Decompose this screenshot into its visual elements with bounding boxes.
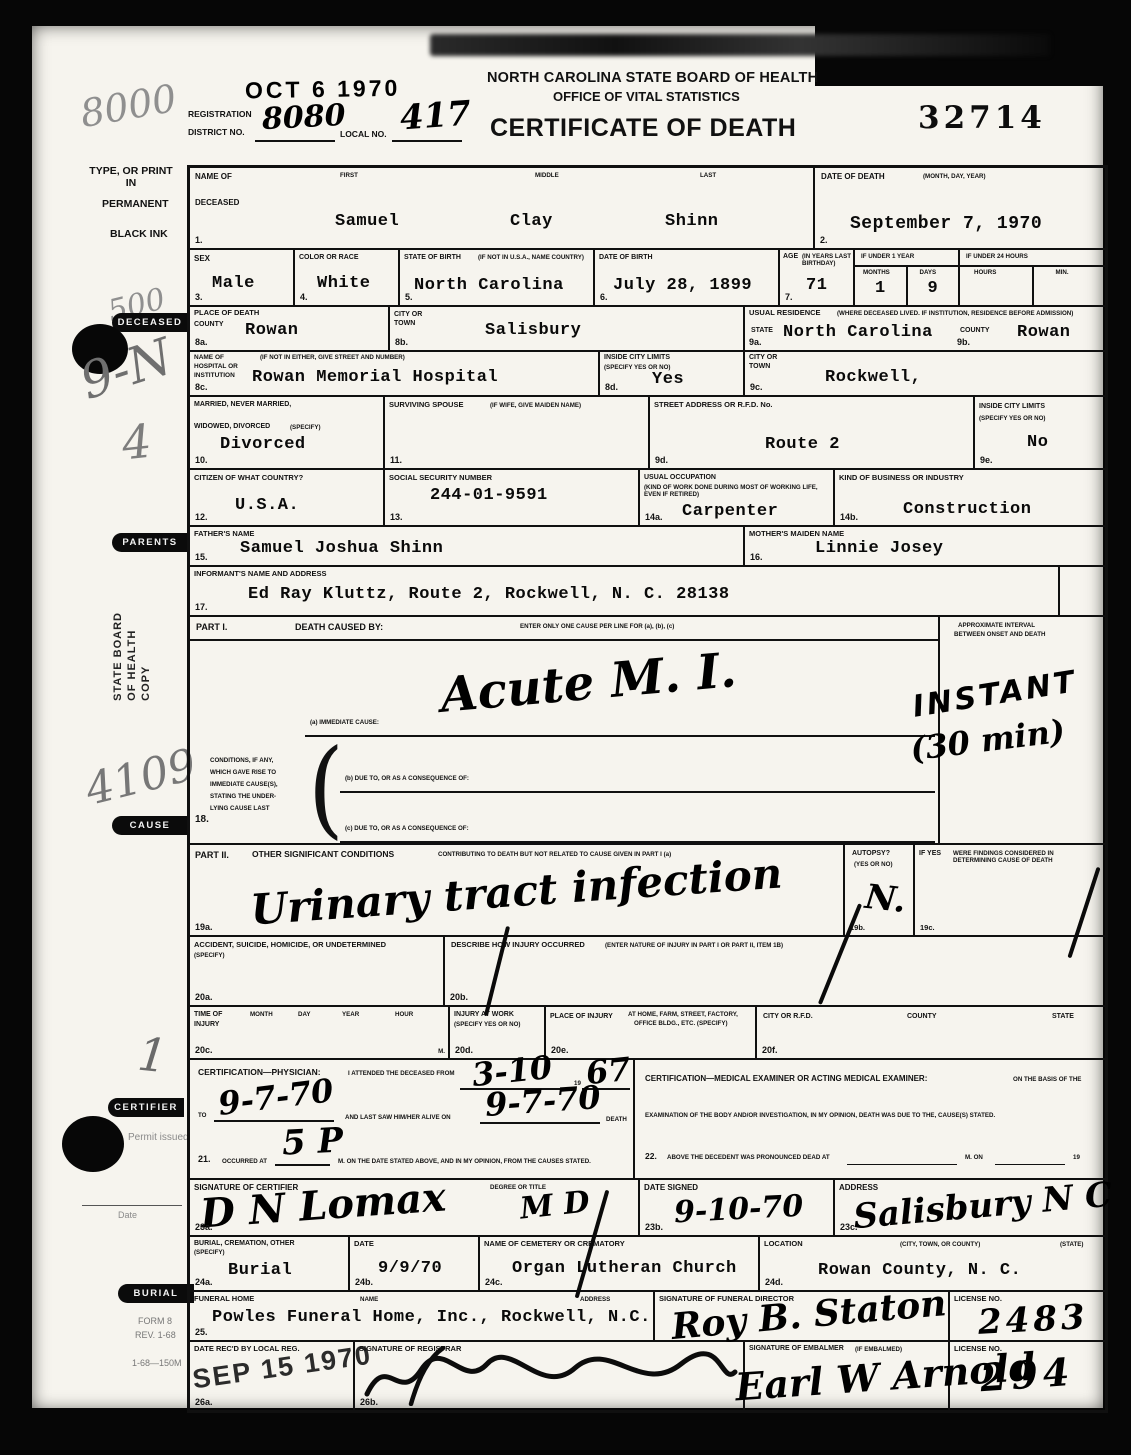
informant-label: INFORMANT'S NAME AND ADDRESS bbox=[194, 570, 326, 579]
local-no-label: LOCAL NO. bbox=[340, 130, 387, 140]
conditions-note-2: WHICH GAVE RISE TO bbox=[210, 769, 276, 776]
part1-label: PART I. bbox=[196, 622, 227, 632]
form-number: FORM 8 bbox=[138, 1316, 172, 1326]
pod-county-label: COUNTY bbox=[194, 321, 224, 329]
conditions-brace: ( bbox=[308, 727, 344, 850]
hospital-value: Rowan Memorial Hospital bbox=[252, 368, 498, 387]
item-20f: 20f. bbox=[762, 1045, 778, 1055]
if-yes-label: IF YES bbox=[919, 850, 941, 858]
item-8c: 8c. bbox=[195, 382, 208, 392]
occurred-at-label: OCCURRED AT bbox=[222, 1158, 267, 1165]
dod-label: DATE OF DEATH bbox=[821, 172, 885, 181]
row-certification: CERTIFICATION—PHYSICIAN: I ATTENDED THE … bbox=[190, 1060, 1105, 1180]
ink-instruction-3: BLACK INK bbox=[110, 228, 168, 240]
residence-city-value: Rockwell, bbox=[825, 368, 921, 387]
item-16: 16. bbox=[750, 552, 763, 562]
sob-sublabel: (IF NOT IN U.S.A., NAME COUNTRY) bbox=[478, 254, 588, 261]
months-label: MONTHS bbox=[863, 269, 890, 276]
spouse-label: SURVIVING SPOUSE bbox=[389, 401, 463, 410]
death-caused-by-label: DEATH CAUSED BY: bbox=[295, 622, 383, 632]
cemetery-label: NAME OF CEMETERY OR CREMATORY bbox=[484, 1240, 625, 1249]
item-20e: 20e. bbox=[551, 1045, 569, 1055]
field-funeral-home: FUNERAL HOME NAME ADDRESS Powles Funeral… bbox=[190, 1292, 655, 1340]
other-conditions-label: OTHER SIGNIFICANT CONDITIONS bbox=[252, 850, 394, 860]
immediate-cause-value: Acute M. I. bbox=[438, 642, 738, 724]
first-name-value: Samuel bbox=[335, 212, 399, 231]
due-to-c-label: (c) DUE TO, OR AS A CONSEQUENCE OF: bbox=[345, 825, 469, 832]
margin-pencil-1: 1 bbox=[135, 1027, 170, 1084]
death-certificate-scan: OCT 6 1970 REGISTRATION DISTRICT NO. 808… bbox=[0, 0, 1131, 1455]
row-name-dod: NAME OF DECEASED FIRST MIDDLE LAST Samue… bbox=[190, 168, 1105, 250]
residence-county-value: Rowan bbox=[1017, 323, 1071, 342]
field-pod-county: PLACE OF DEATH COUNTY Rowan 8a. bbox=[190, 307, 390, 350]
director-license-value: 2483 bbox=[977, 1297, 1090, 1343]
item-19c: 19c. bbox=[920, 923, 935, 932]
months-value: 1 bbox=[875, 279, 886, 298]
local-no-value: 417 bbox=[399, 94, 473, 139]
permit-issued-label: Permit issued bbox=[128, 1132, 189, 1143]
injury-desc-label: DESCRIBE HOW INJURY OCCURRED bbox=[451, 941, 585, 950]
field-residence-city: CITY OR TOWN Rockwell, 9c. bbox=[745, 352, 1105, 395]
m-on-label: M. ON bbox=[965, 1154, 983, 1161]
row-parents: FATHER'S NAME Samuel Joshua Shinn 15. MO… bbox=[190, 527, 1105, 567]
field-hours: HOURS bbox=[960, 267, 1034, 306]
row-burial: BURIAL, CREMATION, OTHER (SPECIFY) Buria… bbox=[190, 1237, 1105, 1292]
industry-label: KIND OF BUSINESS OR INDUSTRY bbox=[839, 474, 964, 483]
item-5: 5. bbox=[405, 292, 413, 302]
mother-label: MOTHER'S MAIDEN NAME bbox=[749, 530, 844, 539]
field-occupation: USUAL OCCUPATION (KIND OF WORK DONE DURI… bbox=[640, 470, 835, 525]
icl2-sublabel: (SPECIFY YES OR NO) bbox=[979, 415, 1045, 422]
field-certification-physician: CERTIFICATION—PHYSICIAN: I ATTENDED THE … bbox=[190, 1060, 635, 1178]
pod-city-value: Salisbury bbox=[485, 321, 581, 340]
item-15: 15. bbox=[195, 552, 208, 562]
sob-label: STATE OF BIRTH bbox=[404, 254, 461, 262]
citizen-label: CITIZEN OF WHAT COUNTRY? bbox=[194, 474, 303, 483]
scan-edge-left bbox=[0, 0, 32, 1455]
last-saw-label: AND LAST SAW HIM/HER ALIVE ON bbox=[345, 1114, 451, 1121]
interval-label-2: BETWEEN ONSET AND DEATH bbox=[954, 631, 1045, 638]
row-marital-address: MARRIED, NEVER MARRIED, WIDOWED, DIVORCE… bbox=[190, 397, 1105, 470]
item-9d: 9d. bbox=[655, 455, 668, 465]
field-inside-city-limits-death: INSIDE CITY LIMITS (SPECIFY YES OR NO) Y… bbox=[600, 352, 745, 395]
residence-sublabel: (WHERE DECEASED LIVED. IF INSTITUTION, R… bbox=[837, 310, 1101, 317]
item-2: 2. bbox=[820, 235, 828, 245]
hole-punch-bottom bbox=[62, 1116, 124, 1172]
address-label: ADDRESS bbox=[839, 1183, 878, 1192]
funeral-home-label: FUNERAL HOME bbox=[194, 1295, 254, 1304]
hospital-label-2: HOSPITAL OR bbox=[194, 363, 238, 370]
row-informant: INFORMANT'S NAME AND ADDRESS Ed Ray Klut… bbox=[190, 567, 1105, 617]
field-industry: KIND OF BUSINESS OR INDUSTRY Constructio… bbox=[835, 470, 1105, 525]
icl2-value: No bbox=[1027, 433, 1048, 452]
residence-city-label: CITY OR bbox=[749, 354, 777, 362]
burial-sublabel: (SPECIFY) bbox=[194, 1249, 225, 1256]
item-9a: 9a. bbox=[749, 337, 762, 347]
pod-city-label: CITY OR bbox=[394, 311, 422, 319]
embalmer-sig-label: SIGNATURE OF EMBALMER bbox=[749, 1345, 844, 1353]
cert-examiner-label: CERTIFICATION—MEDICAL EXAMINER OR ACTING… bbox=[645, 1074, 927, 1083]
injury-work-sublabel: (SPECIFY YES OR NO) bbox=[454, 1021, 520, 1028]
funeral-home-value: Powles Funeral Home, Inc., Rockwell, N.C… bbox=[212, 1308, 651, 1327]
m-label: M. bbox=[438, 1048, 445, 1055]
field-cause-of-death: PART I. DEATH CAUSED BY: ENTER ONLY ONE … bbox=[190, 617, 940, 843]
hospital-sublabel: (IF NOT IN EITHER, GIVE STREET AND NUMBE… bbox=[260, 354, 405, 361]
item-23b: 23b. bbox=[645, 1222, 663, 1232]
time-injury-label-2: INJURY bbox=[194, 1021, 219, 1029]
item-19a: 19a. bbox=[195, 922, 213, 932]
row-citizen-occupation: CITIZEN OF WHAT COUNTRY? U.S.A. 12. SOCI… bbox=[190, 470, 1105, 527]
field-months: MONTHS 1 bbox=[855, 267, 908, 306]
dod-sublabel: (MONTH, DAY, YEAR) bbox=[923, 173, 986, 180]
day-header: DAY bbox=[298, 1011, 311, 1018]
month-header: MONTH bbox=[250, 1011, 273, 1018]
row-part1-cause: PART I. DEATH CAUSED BY: ENTER ONLY ONE … bbox=[190, 617, 1105, 845]
dob-value: July 28, 1899 bbox=[613, 276, 752, 295]
item-9c: 9c. bbox=[750, 382, 763, 392]
item-7: 7. bbox=[785, 292, 793, 302]
injury-desc-sublabel: (ENTER NATURE OF INJURY IN PART I OR PAR… bbox=[605, 942, 783, 949]
immediate-cause-label: (a) IMMEDIATE CAUSE: bbox=[310, 719, 379, 726]
office-name: OFFICE OF VITAL STATISTICS bbox=[553, 90, 740, 105]
father-value: Samuel Joshua Shinn bbox=[240, 539, 443, 558]
accident-sublabel: (SPECIFY) bbox=[194, 952, 225, 959]
item-24a: 24a. bbox=[195, 1277, 213, 1287]
field-citizen: CITIZEN OF WHAT COUNTRY? U.S.A. 12. bbox=[190, 470, 385, 525]
item-1: 1. bbox=[195, 235, 203, 245]
field-min: MIN. bbox=[1034, 267, 1106, 306]
attended-from-label: I ATTENDED THE DECEASED FROM bbox=[348, 1070, 455, 1077]
under-1-year-label: IF UNDER 1 YEAR bbox=[861, 253, 914, 260]
time-injury-label-1: TIME OF bbox=[194, 1011, 222, 1019]
field-hospital: NAME OF HOSPITAL OR INSTITUTION (IF NOT … bbox=[190, 352, 600, 395]
row-accident: ACCIDENT, SUICIDE, HOMICIDE, OR UNDETERM… bbox=[190, 937, 1105, 1007]
occupation-label: USUAL OCCUPATION bbox=[644, 474, 716, 482]
conditions-note-3: IMMEDIATE CAUSE(S), bbox=[210, 781, 278, 788]
item-22: 22. bbox=[645, 1152, 657, 1162]
field-date-of-birth: DATE OF BIRTH July 28, 1899 6. bbox=[595, 250, 780, 305]
registration-label: REGISTRATION bbox=[188, 110, 252, 120]
field-informant: INFORMANT'S NAME AND ADDRESS Ed Ray Klut… bbox=[190, 567, 1060, 615]
field-funeral-director-signature: SIGNATURE OF FUNERAL DIRECTOR Roy B. Sta… bbox=[655, 1292, 950, 1340]
street-value: Route 2 bbox=[765, 435, 840, 454]
place-injury-label: PLACE OF INJURY bbox=[550, 1013, 613, 1021]
spouse-sublabel: (IF WIFE, GIVE MAIDEN NAME) bbox=[490, 402, 581, 409]
occupation-value: Carpenter bbox=[682, 502, 778, 521]
field-ssn: SOCIAL SECURITY NUMBER 244-01-9591 13. bbox=[385, 470, 640, 525]
field-certification-examiner: CERTIFICATION—MEDICAL EXAMINER OR ACTING… bbox=[635, 1060, 1105, 1178]
last-saw-value: 9-7-70 bbox=[484, 1078, 602, 1124]
field-burial-date: DATE 9/9/70 24b. bbox=[350, 1237, 480, 1290]
form-revision: REV. 1-68 bbox=[135, 1330, 176, 1340]
tab-cause: CAUSE bbox=[112, 816, 188, 835]
row-sex-race-birth: SEX Male 3. COLOR OR RACE White 4. STATE… bbox=[190, 250, 1105, 307]
injury-county-label: COUNTY bbox=[907, 1013, 937, 1021]
field-embalmer-signature: SIGNATURE OF EMBALMER (IF EMBALMED) Earl… bbox=[745, 1342, 950, 1410]
field-onset-interval: APPROXIMATE INTERVAL BETWEEN ONSET AND D… bbox=[940, 617, 1105, 843]
row-part2-conditions: PART II. OTHER SIGNIFICANT CONDITIONS CO… bbox=[190, 845, 1105, 937]
item-12: 12. bbox=[195, 512, 208, 522]
item-25: 25. bbox=[195, 1327, 208, 1337]
certifier-degree-value: M D bbox=[518, 1184, 591, 1226]
page-title: CERTIFICATE OF DEATH bbox=[490, 114, 796, 143]
days-label: DAYS bbox=[920, 269, 937, 276]
item-8a: 8a. bbox=[195, 337, 208, 347]
field-date-of-death: DATE OF DEATH (MONTH, DAY, YEAR) Septemb… bbox=[815, 168, 1105, 248]
field-accident-type: ACCIDENT, SUICIDE, HOMICIDE, OR UNDETERM… bbox=[190, 937, 445, 1005]
location-sublabel-1: (CITY, TOWN, OR COUNTY) bbox=[900, 1241, 980, 1248]
interval-label-1: APPROXIMATE INTERVAL bbox=[958, 622, 1035, 629]
days-value: 9 bbox=[928, 279, 939, 298]
item-26b: 26b. bbox=[360, 1397, 378, 1407]
field-street-address: STREET ADDRESS OR R.F.D. No. Route 2 9d. bbox=[650, 397, 975, 468]
year-header: YEAR bbox=[342, 1011, 359, 1018]
item-6: 6. bbox=[600, 292, 608, 302]
field-injury-description: DESCRIBE HOW INJURY OCCURRED (ENTER NATU… bbox=[445, 937, 1105, 1005]
funeral-name-header: NAME bbox=[360, 1296, 378, 1303]
field-date-signed: DATE SIGNED 9-10-70 23b. bbox=[640, 1180, 835, 1235]
residence-city-label2: TOWN bbox=[749, 363, 770, 371]
field-informant-spare bbox=[1060, 567, 1105, 615]
row-place-of-death: PLACE OF DEATH COUNTY Rowan 8a. CITY OR … bbox=[190, 307, 1105, 352]
sex-label: SEX bbox=[194, 254, 210, 263]
location-value: Rowan County, N. C. bbox=[818, 1261, 1021, 1280]
tab-certifier: CERTIFIER bbox=[108, 1098, 184, 1117]
permit-date-label: Date bbox=[118, 1210, 137, 1220]
icl2-label: INSIDE CITY LIMITS bbox=[979, 403, 1045, 411]
other-conditions-value: Urinary tract infection bbox=[249, 848, 784, 934]
ssn-label: SOCIAL SECURITY NUMBER bbox=[389, 474, 492, 483]
father-label: FATHER'S NAME bbox=[194, 530, 254, 539]
injury-state-label: STATE bbox=[1052, 1013, 1074, 1021]
sob-value: North Carolina bbox=[414, 276, 564, 295]
examiner-basis-label: ON THE BASIS OF THE bbox=[1013, 1076, 1081, 1083]
field-findings-considered: IF YES WERE FINDINGS CONSIDERED IN DETER… bbox=[915, 845, 1105, 935]
scan-edge-top bbox=[0, 0, 1131, 26]
to-label: TO bbox=[198, 1112, 206, 1119]
field-certifier-signature: SIGNATURE OF CERTIFIER DEGREE OR TITLE D… bbox=[190, 1180, 640, 1235]
copy-line-1: STATE BOARD bbox=[112, 612, 124, 701]
year-19-label: 19 bbox=[1073, 1154, 1080, 1161]
autopsy-sublabel: (YES OR NO) bbox=[854, 861, 893, 868]
item-24d: 24d. bbox=[765, 1277, 783, 1287]
hours-label: HOURS bbox=[974, 269, 996, 276]
item-9e: 9e. bbox=[980, 455, 993, 465]
certificate-number: 32714 bbox=[918, 100, 1046, 136]
tab-deceased: DECEASED bbox=[112, 313, 188, 332]
permit-date-line bbox=[82, 1205, 182, 1206]
hospital-label-1: NAME OF bbox=[194, 354, 224, 361]
item-21: 21. bbox=[198, 1154, 211, 1164]
item-17: 17. bbox=[195, 602, 208, 612]
field-burial-type: BURIAL, CREMATION, OTHER (SPECIFY) Buria… bbox=[190, 1237, 350, 1290]
field-place-of-injury: PLACE OF INJURY AT HOME, FARM, STREET, F… bbox=[546, 1007, 757, 1058]
certificate-form: NAME OF DECEASED FIRST MIDDLE LAST Samue… bbox=[187, 165, 1108, 1413]
director-signature-value: Roy B. Staton bbox=[670, 1282, 948, 1348]
citizen-value: U.S.A. bbox=[235, 496, 299, 515]
injury-city-label: CITY OR R.F.D. bbox=[763, 1013, 813, 1021]
field-state-of-birth: STATE OF BIRTH (IF NOT IN U.S.A., NAME C… bbox=[400, 250, 595, 305]
age-label: AGE bbox=[783, 253, 798, 261]
board-name: NORTH CAROLINA STATE BOARD OF HEALTH bbox=[487, 70, 818, 87]
pod-county-value: Rowan bbox=[245, 321, 299, 340]
conditions-note-1: CONDITIONS, IF ANY, bbox=[210, 757, 273, 764]
item-26a: 26a. bbox=[195, 1397, 213, 1407]
place-injury-sublabel-1: AT HOME, FARM, STREET, FACTORY, bbox=[628, 1011, 738, 1018]
occurred-rest-label: M. ON THE DATE STATED ABOVE, AND IN MY O… bbox=[338, 1158, 628, 1165]
dob-label: DATE OF BIRTH bbox=[599, 254, 653, 262]
race-label: COLOR OR RACE bbox=[299, 254, 359, 262]
row-registrar: DATE REC'D BY LOCAL REG. SEP 15 1970 26a… bbox=[190, 1342, 1105, 1410]
field-pod-city: CITY OR TOWN Salisbury 8b. bbox=[390, 307, 745, 350]
part2-label: PART II. bbox=[195, 850, 229, 860]
field-mother-name: MOTHER'S MAIDEN NAME Linnie Josey 16. bbox=[745, 527, 1105, 565]
residence-label: USUAL RESIDENCE bbox=[749, 309, 821, 318]
middle-header: MIDDLE bbox=[535, 172, 559, 179]
item-14a: 14a. bbox=[645, 512, 663, 522]
last-header: LAST bbox=[700, 172, 716, 179]
item-20b: 20b. bbox=[450, 992, 468, 1002]
pod-label: PLACE OF DEATH bbox=[194, 309, 259, 318]
place-injury-sublabel-2: OFFICE BLDG., ETC. (SPECIFY) bbox=[634, 1020, 728, 1027]
cemetery-value: Organ Lutheran Church bbox=[512, 1259, 737, 1278]
field-father-name: FATHER'S NAME Samuel Joshua Shinn 15. bbox=[190, 527, 745, 565]
field-director-license: LICENSE NO. 2483 bbox=[950, 1292, 1105, 1340]
row-injury-details: TIME OF INJURY MONTH DAY YEAR HOUR 20c. … bbox=[190, 1007, 1105, 1060]
item-8d: 8d. bbox=[605, 382, 618, 392]
item-8b: 8b. bbox=[395, 337, 408, 347]
residence-county-label: COUNTY bbox=[960, 327, 990, 335]
scan-edge-bottom bbox=[0, 1408, 1131, 1455]
item-20a: 20a. bbox=[195, 992, 213, 1002]
field-injury-city-county-state: CITY OR R.F.D. COUNTY STATE 20f. bbox=[757, 1007, 1105, 1058]
race-value: White bbox=[317, 274, 371, 293]
examiner-statement: EXAMINATION OF THE BODY AND/OR INVESTIGA… bbox=[645, 1112, 1095, 1119]
item-24b: 24b. bbox=[355, 1277, 373, 1287]
date-signed-label: DATE SIGNED bbox=[644, 1183, 698, 1192]
due-to-b-label: (b) DUE TO, OR AS A CONSEQUENCE OF: bbox=[345, 775, 469, 782]
attended-to-value: 9-7-70 bbox=[216, 1071, 335, 1123]
informant-value: Ed Ray Kluttz, Route 2, Rockwell, N. C. … bbox=[248, 585, 730, 604]
burial-label: BURIAL, CREMATION, OTHER bbox=[194, 1240, 295, 1248]
district-no-value: 8080 bbox=[261, 98, 346, 137]
death-word: DEATH bbox=[606, 1116, 627, 1123]
icl-label: INSIDE CITY LIMITS bbox=[604, 354, 670, 362]
conditions-note-4: STATING THE UNDER- bbox=[210, 793, 276, 800]
burial-date-label: DATE bbox=[354, 1240, 374, 1249]
item-20c: 20c. bbox=[195, 1045, 213, 1055]
under-24-hours-label: IF UNDER 24 HOURS bbox=[966, 253, 1028, 260]
field-marital-status: MARRIED, NEVER MARRIED, WIDOWED, DIVORCE… bbox=[190, 397, 385, 468]
autopsy-label: AUTOPSY? bbox=[852, 850, 890, 858]
marital-sublabel: (SPECIFY) bbox=[290, 424, 321, 431]
item-23a: 23a. bbox=[195, 1222, 213, 1232]
field-cemetery: NAME OF CEMETERY OR CREMATORY Organ Luth… bbox=[480, 1237, 760, 1290]
district-no-label: DISTRICT NO. bbox=[188, 128, 245, 138]
pronounced-dead-label: ABOVE THE DECEDENT WAS PRONOUNCED DEAD A… bbox=[667, 1154, 830, 1161]
if-yes-sublabel: WERE FINDINGS CONSIDERED IN DETERMINING … bbox=[953, 850, 1098, 865]
autopsy-value: N. bbox=[863, 877, 908, 921]
occurred-at-value: 5 P bbox=[281, 1120, 344, 1163]
icl-value: Yes bbox=[652, 370, 684, 389]
occupation-sublabel: (KIND OF WORK DONE DURING MOST OF WORKIN… bbox=[644, 484, 829, 499]
pod-city-label2: TOWN bbox=[394, 320, 415, 328]
min-label: MIN. bbox=[1056, 269, 1069, 276]
location-label: LOCATION bbox=[764, 1240, 803, 1249]
one-cause-note: ENTER ONLY ONE CAUSE PER LINE FOR (a), (… bbox=[520, 623, 674, 630]
field-days: DAYS 9 bbox=[908, 267, 959, 306]
tab-burial: BURIAL bbox=[118, 1284, 194, 1303]
ssn-value: 244-01-9591 bbox=[430, 486, 548, 505]
print-run: 1-68—150M bbox=[132, 1358, 182, 1368]
item-20d: 20d. bbox=[455, 1045, 473, 1055]
item-10: 10. bbox=[195, 455, 208, 465]
certifier-address-value: Salisbury N C bbox=[852, 1175, 1114, 1237]
residence-state-value: North Carolina bbox=[783, 323, 933, 342]
ink-instruction-2: PERMANENT bbox=[102, 198, 169, 210]
sex-value: Male bbox=[212, 274, 255, 293]
mother-value: Linnie Josey bbox=[815, 539, 943, 558]
deceased-label: DECEASED bbox=[195, 198, 239, 207]
last-name-value: Shinn bbox=[665, 212, 719, 231]
field-color-race: COLOR OR RACE White 4. bbox=[295, 250, 400, 305]
item-14b: 14b. bbox=[840, 512, 858, 522]
registrar-signature-scribble bbox=[359, 1346, 739, 1406]
field-registrar-signature: SIGNATURE OF REGISTRAR 26b. bbox=[355, 1342, 745, 1410]
marital-value: Divorced bbox=[220, 435, 306, 454]
age-value: 71 bbox=[806, 276, 827, 295]
margin-pencil-4: 4 bbox=[119, 414, 154, 471]
group-usual-residence: USUAL RESIDENCE (WHERE DECEASED LIVED. I… bbox=[745, 307, 1105, 350]
copy-line-2: OF HEALTH bbox=[126, 612, 138, 701]
field-time-of-injury: TIME OF INJURY MONTH DAY YEAR HOUR 20c. … bbox=[190, 1007, 450, 1058]
item-13: 13. bbox=[390, 512, 403, 522]
tab-parents: PARENTS bbox=[112, 533, 188, 552]
bleed-through-text bbox=[430, 34, 1050, 56]
age-sublabel: (IN YEARS LAST BIRTHDAY) bbox=[802, 253, 852, 268]
funeral-address-header: ADDRESS bbox=[580, 1296, 610, 1303]
row-certifier-signature: SIGNATURE OF CERTIFIER DEGREE OR TITLE D… bbox=[190, 1180, 1105, 1237]
residence-state-label: STATE bbox=[751, 327, 773, 335]
field-sex: SEX Male 3. bbox=[190, 250, 295, 305]
dod-value: September 7, 1970 bbox=[850, 214, 1042, 234]
location-sublabel-2: (STATE) bbox=[1060, 1241, 1083, 1248]
burial-value: Burial bbox=[228, 1261, 292, 1280]
row-hospital: NAME OF HOSPITAL OR INSTITUTION (IF NOT … bbox=[190, 352, 1105, 397]
copy-line-3: COPY bbox=[140, 612, 152, 701]
item-18: 18. bbox=[195, 814, 209, 825]
item-23c: 23c. bbox=[840, 1222, 858, 1232]
item-3: 3. bbox=[195, 292, 203, 302]
group-under-1-year: IF UNDER 1 YEAR MONTHS 1 DAYS 9 bbox=[855, 250, 960, 305]
middle-name-value: Clay bbox=[510, 212, 553, 231]
date-signed-value: 9-10-70 bbox=[673, 1189, 804, 1231]
street-label: STREET ADDRESS OR R.F.D. No. bbox=[654, 401, 772, 410]
item-9b: 9b. bbox=[957, 337, 970, 347]
first-header: FIRST bbox=[340, 172, 358, 179]
field-age: AGE (IN YEARS LAST BIRTHDAY) 71 7. bbox=[780, 250, 855, 305]
conditions-note-5: LYING CAUSE LAST bbox=[210, 805, 270, 812]
hospital-label-3: INSTITUTION bbox=[194, 372, 235, 379]
item-24c: 24c. bbox=[485, 1277, 503, 1287]
field-date-received: DATE REC'D BY LOCAL REG. SEP 15 1970 26a… bbox=[190, 1342, 355, 1410]
industry-value: Construction bbox=[903, 500, 1031, 519]
ink-instruction-1: TYPE, OR PRINT IN bbox=[88, 165, 174, 189]
accident-label: ACCIDENT, SUICIDE, HOMICIDE, OR UNDETERM… bbox=[194, 941, 386, 950]
burial-date-value: 9/9/70 bbox=[378, 1259, 442, 1278]
name-of-label: NAME OF bbox=[195, 172, 232, 181]
marital-label-2: WIDOWED, DIVORCED bbox=[194, 423, 270, 431]
